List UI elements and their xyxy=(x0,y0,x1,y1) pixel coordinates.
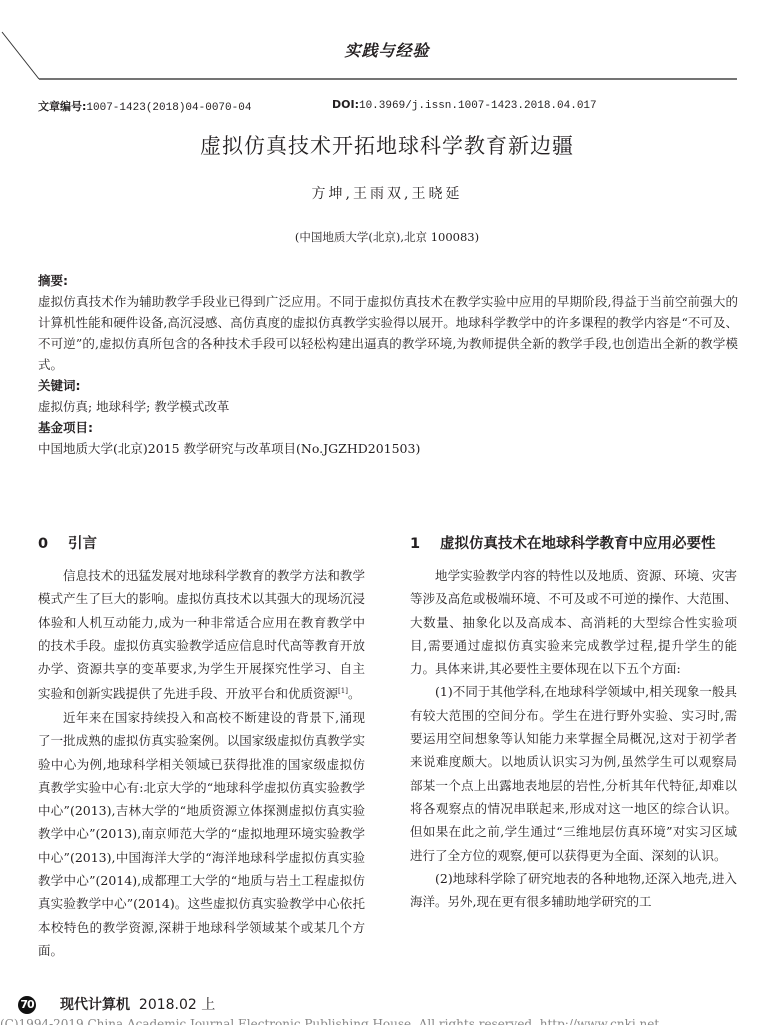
section-title: 引言 xyxy=(68,536,97,552)
journal-name: 现代计算机 xyxy=(60,997,130,1013)
section-number: 0 xyxy=(38,533,68,556)
citation-mark[interactable]: [1] xyxy=(338,687,348,695)
article-number-label: 文章编号: xyxy=(38,100,86,113)
section-heading-1: 1虚拟仿真技术在地球科学教育中应用必要性 xyxy=(410,533,737,556)
paper-title: 虚拟仿真技术开拓地球科学教育新边疆 xyxy=(0,130,774,160)
section-heading-0: 0引言 xyxy=(38,533,365,556)
section-label: 实践与经验 xyxy=(0,38,774,61)
doi-label: DOI: xyxy=(332,98,359,111)
left-column: 0引言 信息技术的迅猛发展对地球科学教育的教学方法和教学模式产生了巨大的影响。虚… xyxy=(38,533,365,962)
paper-affiliation: (中国地质大学(北京),北京 100083) xyxy=(0,229,774,245)
paragraph: 近年来在国家持续投入和高校不断建设的背景下,涌现了一批成熟的虚拟仿真实验案例。以… xyxy=(38,706,365,962)
article-number-value: 1007-1423(2018)04-0070-04 xyxy=(86,102,251,114)
article-number: 文章编号:1007-1423(2018)04-0070-04 xyxy=(38,98,251,114)
fund-text: 中国地质大学(北京)2015 教学研究与改革项目(No.JGZHD201503) xyxy=(38,438,738,459)
section-number: 1 xyxy=(410,533,440,556)
doi: DOI:10.3969/j.issn.1007-1423.2018.04.017 xyxy=(332,98,597,112)
abstract-label: 摘要: xyxy=(38,270,738,291)
paragraph: (1)不同于其他学科,在地球科学领域中,相关现象一般具有较大范围的空间分布。学生… xyxy=(410,680,737,866)
fund-label: 基金项目: xyxy=(38,417,738,438)
copyright-notice: (C)1994-2019 China Academic Journal Elec… xyxy=(0,1017,659,1025)
abstract-text: 虚拟仿真技术作为辅助教学手段业已得到广泛应用。不同于虚拟仿真技术在教学实验中应用… xyxy=(38,291,738,375)
paragraph: (2)地球科学除了研究地表的各种地物,还深入地壳,进入海洋。另外,现在更有很多辅… xyxy=(410,867,737,914)
paragraph: 信息技术的迅猛发展对地球科学教育的教学方法和教学模式产生了巨大的影响。虚拟仿真技… xyxy=(38,564,365,706)
abstract-section: 摘要: 虚拟仿真技术作为辅助教学手段业已得到广泛应用。不同于虚拟仿真技术在教学实… xyxy=(38,270,738,459)
doi-value: 10.3969/j.issn.1007-1423.2018.04.017 xyxy=(359,100,597,112)
journal-issue: 2018.02 上 xyxy=(139,997,215,1013)
section-title: 虚拟仿真技术在地球科学教育中应用必要性 xyxy=(440,533,737,556)
page-number-badge: 70 xyxy=(18,996,36,1014)
right-column: 1虚拟仿真技术在地球科学教育中应用必要性 地学实验教学内容的特性以及地质、资源、… xyxy=(410,533,737,913)
paper-authors: 方坤,王雨双,王晓延 xyxy=(0,183,774,203)
keywords-text: 虚拟仿真; 地球科学; 教学模式改革 xyxy=(38,396,738,417)
keywords-label: 关键词: xyxy=(38,375,738,396)
page-footer: 70现代计算机 2018.02 上 xyxy=(18,994,215,1014)
paragraph: 地学实验教学内容的特性以及地质、资源、环境、灾害等涉及高危或极端环境、不可及或不… xyxy=(410,564,737,680)
